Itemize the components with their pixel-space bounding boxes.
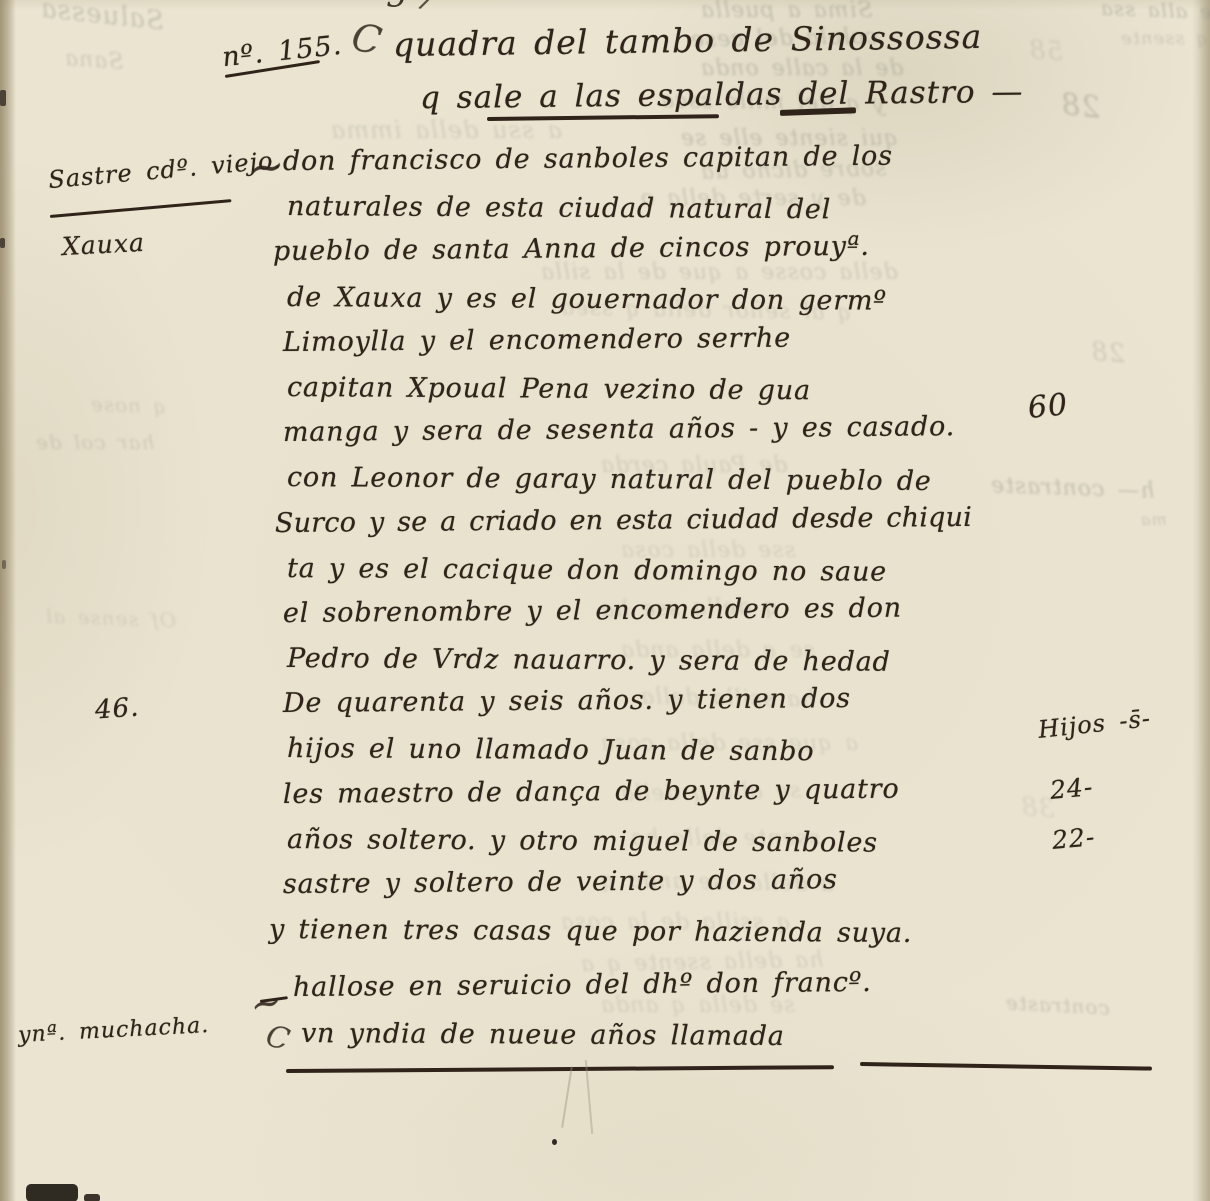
bleedthrough-text: Saluessa [39, 0, 165, 34]
page-binding-edge [0, 0, 16, 1201]
bleedthrough-text: 58 [1027, 37, 1064, 65]
title-line-2: q sale a las espaldas del Rastro — [420, 77, 1024, 114]
body-line: les maestro de dança de beynte y quatro [283, 772, 993, 823]
edge-ink-speck [0, 90, 6, 106]
body-line: hallose en seruicio del dhº don francº. [293, 966, 993, 1017]
ink-flourish: g [386, 0, 409, 6]
bleedthrough-text: ma [1140, 512, 1167, 528]
body-line: pueblo de santa Anna de cincos prouyª. [273, 230, 993, 281]
body-line: sastre y soltero de veinte y dos años [283, 863, 993, 914]
bleedthrough-text: h— contraste [990, 475, 1155, 503]
closing-rule-left [286, 1065, 834, 1072]
bleedthrough-text: contraste [1005, 992, 1111, 1017]
bleedthrough-text: Sana [63, 48, 124, 74]
title-line-1: quadra del tambo de Sinossossa [393, 20, 983, 61]
body-line: manga y sera de sesenta años - y es casa… [283, 411, 993, 462]
pencil-squiggle [585, 1060, 593, 1134]
body-line: y tienen tres casas que por hazienda suy… [269, 914, 993, 964]
bleedthrough-text: har col de [35, 432, 154, 452]
body-line: Limoylla y el encomendero serrhe [283, 321, 993, 372]
corner-ink-blot [26, 1184, 78, 1201]
margin-note-age: 46. [94, 694, 140, 723]
ink-dot [552, 1139, 557, 1145]
edge-ink-speck [0, 238, 5, 248]
page-right-edge [1192, 0, 1210, 1201]
margin-note-underline [50, 199, 232, 218]
pencil-squiggle [561, 1066, 573, 1128]
margin-note-origin: Xauxa [61, 230, 145, 259]
ink-flourish: / [420, 0, 439, 15]
ink-flourish: C [348, 17, 384, 60]
ink-flourish: ~ [245, 144, 288, 193]
margin-age-60: 60 [1027, 390, 1070, 424]
bleedthrough-text: de alla ssa [1100, 0, 1210, 22]
body-line: vn yndia de nueue años llamada [301, 1018, 993, 1067]
margin-son-age-1: 24- [1049, 774, 1094, 803]
bleedthrough-text: a ssu della imma [330, 118, 562, 142]
body-line: De quarenta y seis años. y tienen dos [283, 682, 993, 733]
bleedthrough-text: Of sense al [45, 606, 177, 631]
bleedthrough-text: 28 [1059, 90, 1102, 124]
margin-note-servant: ynª. muchacha. [18, 1015, 210, 1047]
bleedthrough-text: q ssente [1120, 30, 1208, 48]
body-text-block: don francisco de sanboles capitan de los… [283, 146, 993, 1063]
ink-flourish: ~ [246, 981, 285, 1025]
bleedthrough-text: q nose [90, 394, 167, 417]
closing-rule-right [860, 1062, 1152, 1071]
body-line: el sobrenombre y el encomendero es don [283, 592, 993, 643]
corner-ink-blot [84, 1194, 100, 1201]
manuscript-page: SaluessaSanaSima a puellacolula del cese… [0, 0, 1210, 1201]
bleedthrough-text: 28 [1089, 339, 1126, 368]
margin-sons-label: Hijos -s̄- [1037, 706, 1152, 742]
edge-ink-speck [2, 560, 6, 569]
body-line: don francisco de sanboles capitan de los [283, 140, 993, 191]
margin-son-age-2: 22- [1051, 824, 1096, 853]
body-line: Surco y se a criado en esta ciudad desde… [275, 501, 993, 552]
